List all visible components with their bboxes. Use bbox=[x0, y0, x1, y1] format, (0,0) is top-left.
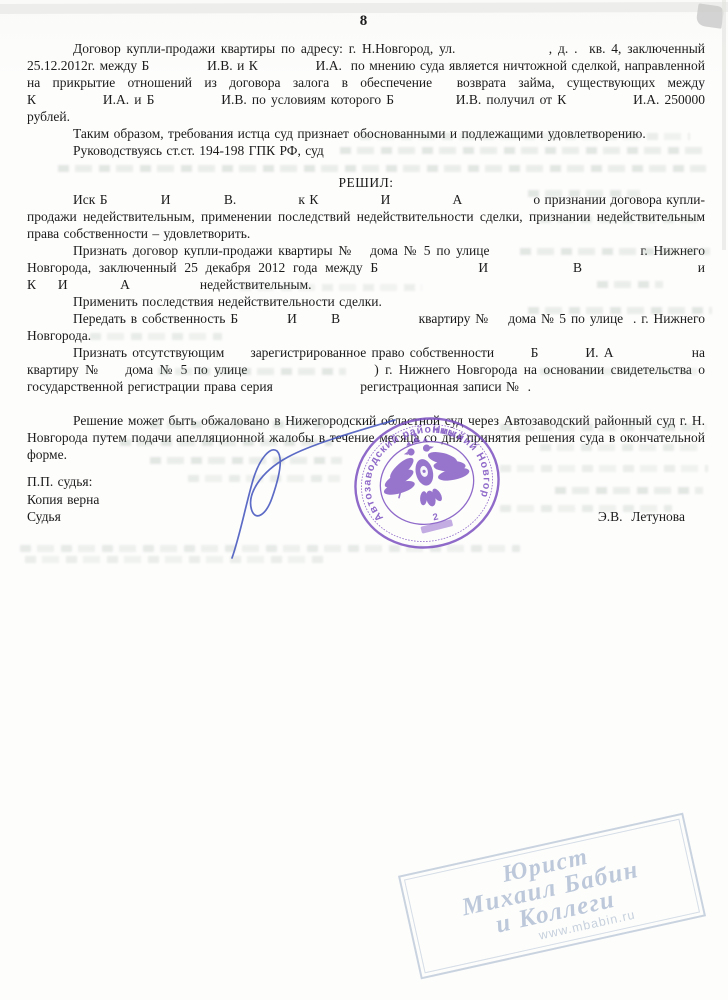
judge-label: Судья bbox=[27, 508, 61, 526]
paragraph-apply-consequences: Применить последствия недействительности… bbox=[27, 293, 705, 310]
paragraph-transfer-ownership: Передать в собственность Б И В квартиру … bbox=[27, 310, 705, 344]
paragraph-recognize-absent-right: Признать отсутствующим зарегистрированно… bbox=[27, 344, 705, 395]
page-number: 8 bbox=[0, 13, 728, 30]
heading-decided: РЕШИЛ: bbox=[27, 174, 705, 191]
watermark-url: www.mbabin.ru bbox=[538, 908, 637, 943]
scan-right-edge-line bbox=[722, 0, 726, 250]
watermark-title: Юрист bbox=[500, 845, 591, 887]
paragraph-guided-by: Руководствуясь ст.ст. 194-198 ГПК РФ, су… bbox=[27, 142, 705, 159]
judge-name: Э.В. Летунова bbox=[598, 508, 685, 526]
lawyer-watermark-stamp: Юрист Михаил Бабин и Коллеги www.mbabin.… bbox=[398, 813, 706, 980]
paragraph-claim-satisfied: Иск Б И В. к К И А о признании договора … bbox=[27, 191, 705, 242]
scanned-court-decision-page: { "doc": { "page_number": "8", "paragrap… bbox=[0, 0, 728, 1000]
paragraph-declare-invalid: Признать договор купли-продажи квартиры … bbox=[27, 242, 705, 293]
handwritten-signature bbox=[150, 395, 570, 605]
paragraph-agreement-void: Договор купли-продажи квартиры по адресу… bbox=[27, 40, 705, 125]
paragraph-claims-justified: Таким образом, требования истца суд приз… bbox=[27, 125, 705, 142]
